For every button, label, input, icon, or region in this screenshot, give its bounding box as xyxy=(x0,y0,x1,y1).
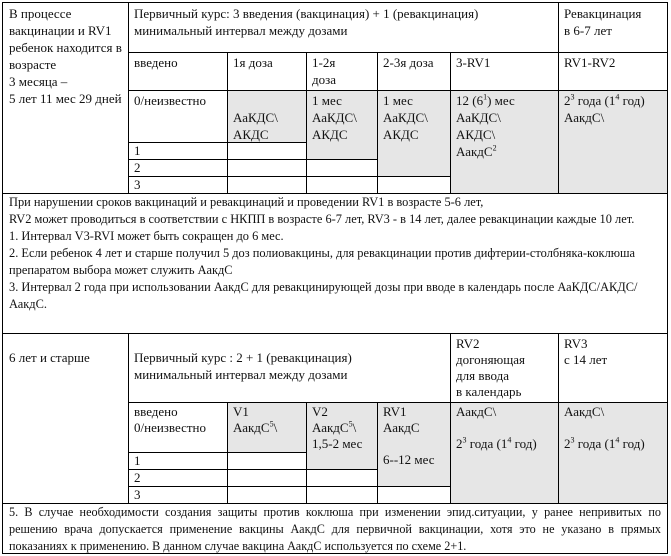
notes-block-2: 5. В случае необходимости создания защит… xyxy=(3,503,667,554)
primary-course-header: Первичный курс: 3 введения (вакцинация) … xyxy=(128,3,558,52)
age-range-cell: В процессе вакцинации и RV1 ребенок нахо… xyxy=(3,3,128,193)
dose1-value: АаКДС\ АКДС xyxy=(227,90,306,145)
col-dose1: 1я доза xyxy=(227,52,306,73)
note-line: RV2 может проводиться в соответствии с Н… xyxy=(9,211,661,228)
grid-line xyxy=(227,402,228,503)
grid-line xyxy=(128,176,450,177)
grid-line xyxy=(128,159,377,160)
given-unknown: 0/неизвестно xyxy=(128,90,227,111)
v2-value: V2 АакдС5\ 1,5-2 мес xyxy=(306,402,377,454)
border-right xyxy=(667,2,668,554)
grid-line xyxy=(450,334,451,503)
rv3-value: АакдС\ 23 года (14 год) xyxy=(558,402,667,454)
rv2-header: RV2 догоняющая для ввода в календарь xyxy=(450,334,558,402)
grid-line xyxy=(558,334,559,503)
dose23-value: 1 мес АаКДС\ АКДС xyxy=(377,90,450,145)
grid-line xyxy=(2,333,668,334)
given-header-2: введено 0/неизвестно xyxy=(128,402,227,438)
rv1-value: RV1 АакдС 6--12 мес xyxy=(377,402,450,470)
notes-block-1: При нарушении сроков вакцинаций и ревакц… xyxy=(3,193,667,323)
border-left xyxy=(2,2,3,554)
grid-line xyxy=(128,90,668,91)
dose12-value: 1 мес АаКДС\ АКДС xyxy=(306,90,377,145)
grid-line xyxy=(128,486,450,487)
revaccination-header: Ревакцинация в 6-7 лет xyxy=(558,3,667,52)
dose3rv1-value: 12 (61) мес АаКДС\ АКДС\ АакдС2 xyxy=(450,90,558,162)
grid-line xyxy=(306,52,307,193)
col-dose23: 2-3я доза xyxy=(377,52,450,73)
col-rv1rv2: RV1-RV2 xyxy=(558,52,667,73)
grid-line xyxy=(450,52,451,193)
grid-line xyxy=(128,402,668,403)
col-dose12: 1-2я доза xyxy=(306,52,377,90)
rv2-value: АакдС\ 23 года (14 год) xyxy=(450,402,558,454)
grid-line xyxy=(128,334,129,503)
rv1rv2-value: 23 года (14 год) АакдС\ xyxy=(558,90,667,128)
note-line: При нарушении сроков вакцинаций и ревакц… xyxy=(9,194,661,211)
v1-value: V1 АакдС5\ xyxy=(227,402,306,438)
grid-line xyxy=(2,503,668,504)
grid-line xyxy=(377,52,378,193)
grid-line xyxy=(377,402,378,503)
grid-line xyxy=(128,52,668,53)
border-bottom xyxy=(2,553,668,554)
border-top xyxy=(2,2,668,3)
primary-course-header-2: Первичный курс : 2 + 1 (ревакцинация) ми… xyxy=(128,334,450,385)
note-line: 1. Интервал V3-RVI может быть сокращен д… xyxy=(9,228,661,245)
note-line: 2. Если ребенок 4 лет и старше получил 5… xyxy=(9,245,661,279)
grid-line xyxy=(128,142,306,143)
grid-line xyxy=(558,3,559,193)
grid-line xyxy=(128,469,377,470)
grid-line xyxy=(2,193,668,194)
col-given: введено xyxy=(128,52,227,73)
rv3-header: RV3 с 14 лет xyxy=(558,334,667,370)
grid-line xyxy=(227,52,228,193)
grid-line xyxy=(128,3,129,193)
note-line: 3. Интервал 2 года при использовании Аак… xyxy=(9,279,661,313)
grid-line xyxy=(306,402,307,503)
grid-line xyxy=(128,452,306,453)
age-6plus-cell: 6 лет и старше xyxy=(3,334,128,368)
col-3rv1: 3-RV1 xyxy=(450,52,558,73)
